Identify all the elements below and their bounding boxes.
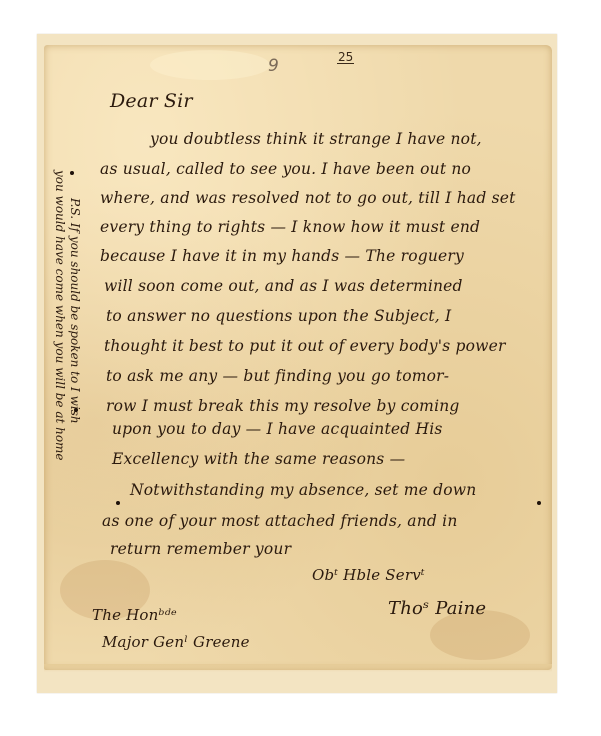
ink-dot [116,501,120,505]
paper-highlight [150,50,270,80]
body-line: return remember your [110,540,291,558]
salutation: Dear Sir [110,90,193,112]
sheet-torn-edge [44,664,552,672]
body-line: Notwithstanding my absence, set me down [130,481,476,499]
body-line: upon you to day — I have acquainted His [112,420,443,438]
ink-dot [74,408,78,412]
ink-dot [537,501,541,505]
body-line: as usual, called to see you. I have been… [100,160,471,178]
body-line: as one of your most attached friends, an… [102,512,458,530]
body-line: because I have it in my hands — The rogu… [100,247,464,265]
body-line: to answer no questions upon the Subject,… [106,307,451,325]
body-line: where, and was resolved not to go out, t… [100,189,516,207]
closing: Obᵗ Hble Servᵗ [312,566,425,584]
signature: Thoˢ Paine [388,598,486,619]
body-line: to ask me any — but finding you go tomor… [106,367,449,385]
body-line: Excellency with the same reasons — [112,450,405,468]
body-line: will soon come out, and as I was determi… [104,277,463,295]
addressee-line-1: The Honᵇᵈᵉ [92,606,177,624]
postscript-line-2: you would have come when you will be at … [53,170,67,461]
addressee-line-2: Major Genˡ Greene [102,633,250,651]
folio-number: 25 [337,51,354,64]
body-line: row I must break this my resolve by comi… [106,397,460,415]
body-line: thought it best to put it out of every b… [104,337,506,355]
postscript-line-1: P.S. If you should be spoken to I wish [68,198,82,424]
archival-number: 9 [268,56,279,76]
body-line: you doubtless think it strange I have no… [150,130,482,148]
body-line: every thing to rights — I know how it mu… [100,218,480,236]
ink-dot [70,171,74,175]
